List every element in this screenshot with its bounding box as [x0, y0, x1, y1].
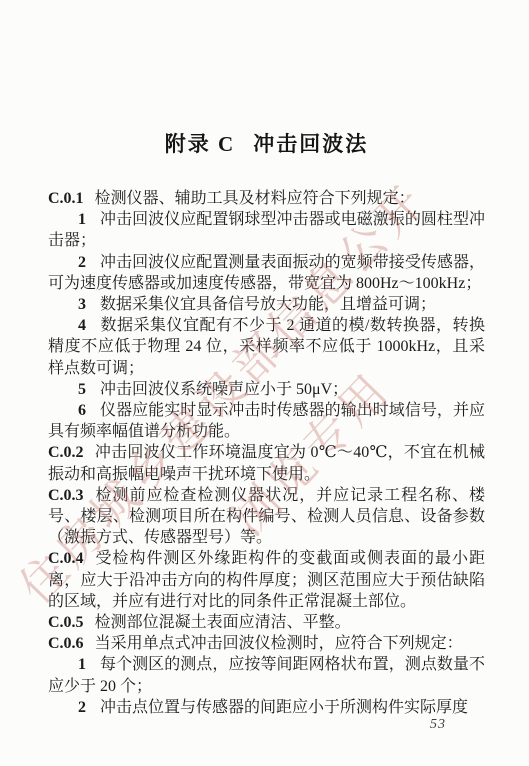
clause-text: 检测前应检查检测仪器状况，并应记录工程名称、楼号、楼层、检测项目所在构件编号、检… [48, 487, 485, 546]
appendix-title: 冲击回波法 [253, 132, 368, 156]
clause-paragraph: C.0.4受检构件测区外缘距构件的变截面或侧表面的最小距离，应大于沿冲击方向的构… [48, 548, 485, 612]
item-number: 2 [78, 699, 100, 716]
list-item: 3数据采集仪宜具备信号放大功能，且增益可调； [48, 294, 485, 315]
item-text: 数据采集仪宜具备信号放大功能，且增益可调； [100, 296, 436, 313]
item-text: 冲击回波仪系统噪声应小于 50μV； [100, 381, 348, 398]
clause-number: C.0.4 [48, 550, 95, 567]
item-number: 2 [78, 254, 100, 271]
item-number: 1 [78, 211, 100, 228]
clause-text: 当采用单点式冲击回波仪检测时，应符合下列规定： [95, 635, 463, 652]
body-text: C.0.1检测仪器、辅助工具及材料应符合下列规定： 1冲击回波仪应配置钢球型冲击… [48, 188, 485, 718]
clause-text: 冲击回波仪工作环境温度宜为 0℃～40℃，不宜在机械振动和高振幅电噪声干扰环境下… [48, 444, 485, 482]
appendix-label: 附录 C [165, 132, 235, 156]
list-item: 1每个测区的测点，应按等间距网格状布置，测点数量不应少于 20 个； [48, 654, 485, 696]
clause-number: C.0.3 [48, 487, 95, 504]
item-text: 冲击回波仪应配置测量表面振动的宽频带接受传感器，可为速度传感器或加速度传感器，带… [48, 254, 485, 292]
page-title: 附录 C冲击回波法 [48, 128, 485, 158]
clause-number: C.0.6 [48, 635, 95, 652]
item-number: 4 [78, 317, 100, 334]
list-item: 1冲击回波仪应配置钢球型冲击器或电磁激振的圆柱型冲击器； [48, 209, 485, 251]
page-number: 53 [430, 717, 446, 733]
clause-number: C.0.2 [48, 444, 95, 461]
document-page: 附录 C冲击回波法 C.0.1检测仪器、辅助工具及材料应符合下列规定： 1冲击回… [0, 0, 529, 766]
list-item: 2冲击回波仪应配置测量表面振动的宽频带接受传感器，可为速度传感器或加速度传感器，… [48, 252, 485, 294]
item-text: 数据采集仪宜配有不少于 2 通道的模/数转换器，转换精度不应低于物理 24 位，… [48, 317, 485, 376]
item-text: 冲击点位置与传感器的间距应小于所测构件实际厚度 [100, 699, 468, 716]
item-text: 仪器应能实时显示冲击时传感器的输出时域信号，并应具有频率幅值谱分析功能。 [48, 402, 485, 440]
clause-paragraph: C.0.1检测仪器、辅助工具及材料应符合下列规定： [48, 188, 485, 209]
clause-number: C.0.1 [48, 190, 95, 207]
item-text: 每个测区的测点，应按等间距网格状布置，测点数量不应少于 20 个； [48, 656, 485, 694]
list-item: 6仪器应能实时显示冲击时传感器的输出时域信号，并应具有频率幅值谱分析功能。 [48, 400, 485, 442]
clause-number: C.0.5 [48, 614, 95, 631]
item-number: 5 [78, 381, 100, 398]
clause-paragraph: C.0.2冲击回波仪工作环境温度宜为 0℃～40℃，不宜在机械振动和高振幅电噪声… [48, 442, 485, 484]
item-number: 3 [78, 296, 100, 313]
clause-text: 检测部位混凝土表面应清洁、平整。 [95, 614, 351, 631]
list-item: 5冲击回波仪系统噪声应小于 50μV； [48, 379, 485, 400]
list-item: 4数据采集仪宜配有不少于 2 通道的模/数转换器，转换精度不应低于物理 24 位… [48, 315, 485, 379]
page-content: 附录 C冲击回波法 C.0.1检测仪器、辅助工具及材料应符合下列规定： 1冲击回… [48, 128, 485, 718]
item-number: 6 [78, 402, 100, 419]
item-text: 冲击回波仪应配置钢球型冲击器或电磁激振的圆柱型冲击器； [48, 211, 485, 249]
clause-text: 受检构件测区外缘距构件的变截面或侧表面的最小距离，应大于沿冲击方向的构件厚度；测… [48, 550, 485, 609]
list-item: 2冲击点位置与传感器的间距应小于所测构件实际厚度 [48, 697, 485, 718]
clause-paragraph: C.0.5检测部位混凝土表面应清洁、平整。 [48, 612, 485, 633]
clause-text: 检测仪器、辅助工具及材料应符合下列规定： [95, 190, 415, 207]
clause-paragraph: C.0.6当采用单点式冲击回波仪检测时，应符合下列规定： [48, 633, 485, 654]
clause-paragraph: C.0.3检测前应检查检测仪器状况，并应记录工程名称、楼号、楼层、检测项目所在构… [48, 485, 485, 549]
item-number: 1 [78, 656, 100, 673]
